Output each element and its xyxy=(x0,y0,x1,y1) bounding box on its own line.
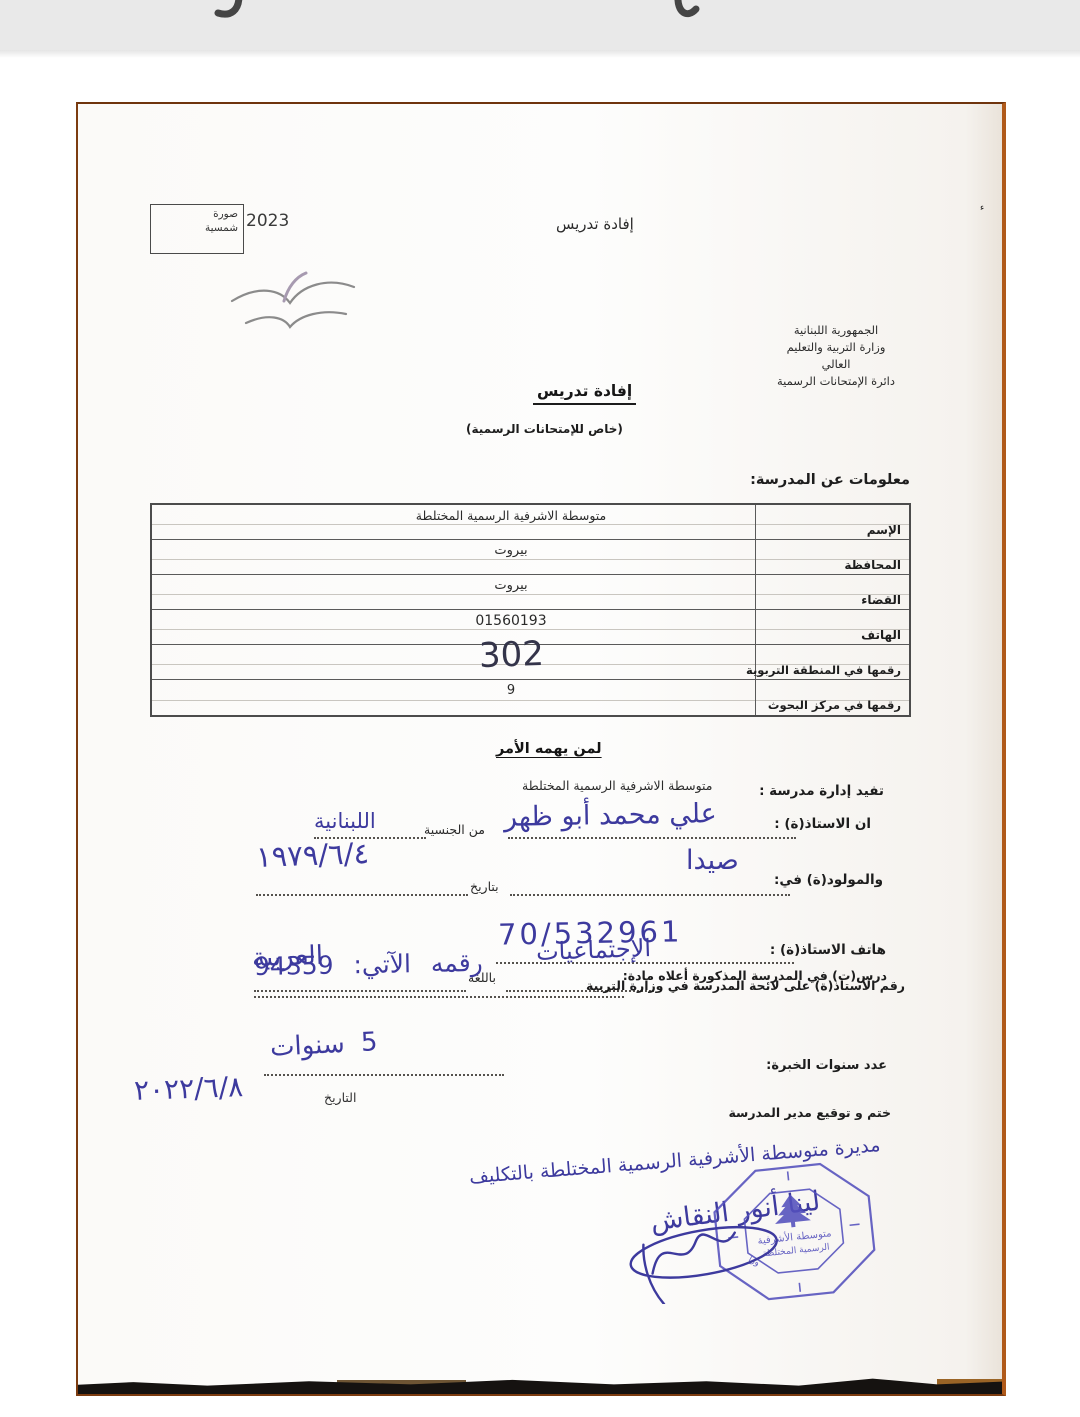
row-value: 302 xyxy=(152,645,755,679)
table-row: رقمها في المنطقة التربوية 302 xyxy=(152,645,909,680)
photo-box-line1: صورة xyxy=(156,208,238,222)
app-top-bar xyxy=(0,0,1080,50)
row-label: رقمها في مركز البحوث xyxy=(755,680,909,715)
document-title: إفادة تدريس xyxy=(533,382,636,405)
handwritten-experience: 5 سنوات xyxy=(269,1027,378,1063)
ministry-line2: وزارة التربية والتعليم العالي xyxy=(772,339,900,373)
row-value: 9 xyxy=(152,680,755,715)
handwritten-footer-date: ٢٠٢٢/٦/٨ xyxy=(133,1070,243,1107)
row-label: الإسم xyxy=(755,505,909,539)
school-info-table: الإسم متوسطة الاشرفية الرسمية المختلطة ا… xyxy=(150,503,911,717)
corner-title: إفادة تدريس xyxy=(556,215,634,233)
dotted-line xyxy=(264,1074,504,1076)
ministry-line3: دائرة الإمتحانات الرسمية xyxy=(772,373,900,390)
certify-school-name: متوسطة الاشرفية الرسمية المختلطة xyxy=(522,778,713,793)
ministry-header: الجمهورية اللبنانية وزارة التربية والتعل… xyxy=(772,322,900,390)
footer-date-label: التاريخ xyxy=(324,1090,356,1105)
ondate-label: بتاريخ xyxy=(470,879,499,894)
row-label: القضاء xyxy=(755,575,909,609)
scan-bottom-edge xyxy=(78,1372,1002,1394)
cropped-title-fragments-icon xyxy=(0,0,1080,50)
document-subtitle: (خاص للإمتحانات الرسمية) xyxy=(466,422,623,436)
photo-box-line2: شمسية xyxy=(156,222,238,236)
table-row: رقمها في مركز البحوث 9 xyxy=(152,680,909,715)
dotted-line xyxy=(508,837,796,839)
handwritten-birthdate: ١٩٧٩/٦/٤ xyxy=(255,836,369,874)
stamp-signature-label: ختم و توقيع مدير المدرسة xyxy=(728,1105,891,1120)
table-row: المحافظة بيروت xyxy=(152,540,909,575)
concern-heading: لمن يهمه الأمر xyxy=(496,741,602,757)
roster-label: رقم الأستاذ(ة) على لائحة المدرسة في وزار… xyxy=(586,978,905,993)
born-label: والمولود(ة) في: xyxy=(774,872,883,888)
handwritten-school-number: 302 xyxy=(478,634,544,676)
dotted-line xyxy=(510,894,790,896)
row-value: متوسطة الاشرفية الرسمية المختلطة xyxy=(152,505,755,539)
dotted-line xyxy=(256,894,468,896)
handwritten-subject: الإجتماعيات xyxy=(536,934,652,966)
handwritten-roster-number: رقمه الآتي: 94359 xyxy=(254,948,483,981)
signature-scribble-icon xyxy=(616,1204,796,1304)
handwritten-teacher-name: علي محمد أبو ظهر xyxy=(504,798,717,833)
row-value: بيروت xyxy=(152,575,755,609)
corner-speck: ء xyxy=(980,203,984,213)
dotted-line xyxy=(254,990,466,992)
teacher-label: ان الاستاذ(ة) : xyxy=(774,816,871,832)
handwritten-nationality: اللبنانية xyxy=(314,809,376,833)
ministry-line1: الجمهورية اللبنانية xyxy=(772,322,900,339)
table-row: القضاء بيروت xyxy=(152,575,909,610)
scanned-document: صورة شمسية 2023 إفادة تدريس ء الجمهورية … xyxy=(76,102,1006,1396)
screenshot-stage: صورة شمسية 2023 إفادة تدريس ء الجمهورية … xyxy=(0,0,1080,1417)
table-row: الإسم متوسطة الاشرفية الرسمية المختلطة xyxy=(152,505,909,540)
teacher-phone-label: هاتف الاستاذ(ة) : xyxy=(770,942,886,958)
row-value: بيروت xyxy=(152,540,755,574)
school-info-heading: معلومات عن المدرسة: xyxy=(750,472,910,488)
nationality-label: من الجنسية xyxy=(424,822,485,837)
experience-label: عدد سنوات الخبرة: xyxy=(766,1058,887,1073)
row-label: المحافظة xyxy=(755,540,909,574)
row-label: الهاتف xyxy=(755,610,909,644)
certify-label: تفيد إدارة مدرسة : xyxy=(759,783,884,799)
dotted-line xyxy=(254,996,624,998)
row-value: 01560193 xyxy=(152,610,755,644)
photo-box: صورة شمسية xyxy=(150,204,244,254)
top-bar-shadow xyxy=(0,50,1080,58)
handwritten-birthplace: صيدا xyxy=(686,845,739,876)
pen-doodle-icon xyxy=(224,267,359,337)
row-label: رقمها في المنطقة التربوية xyxy=(755,645,909,679)
year-text: 2023 xyxy=(246,211,289,231)
